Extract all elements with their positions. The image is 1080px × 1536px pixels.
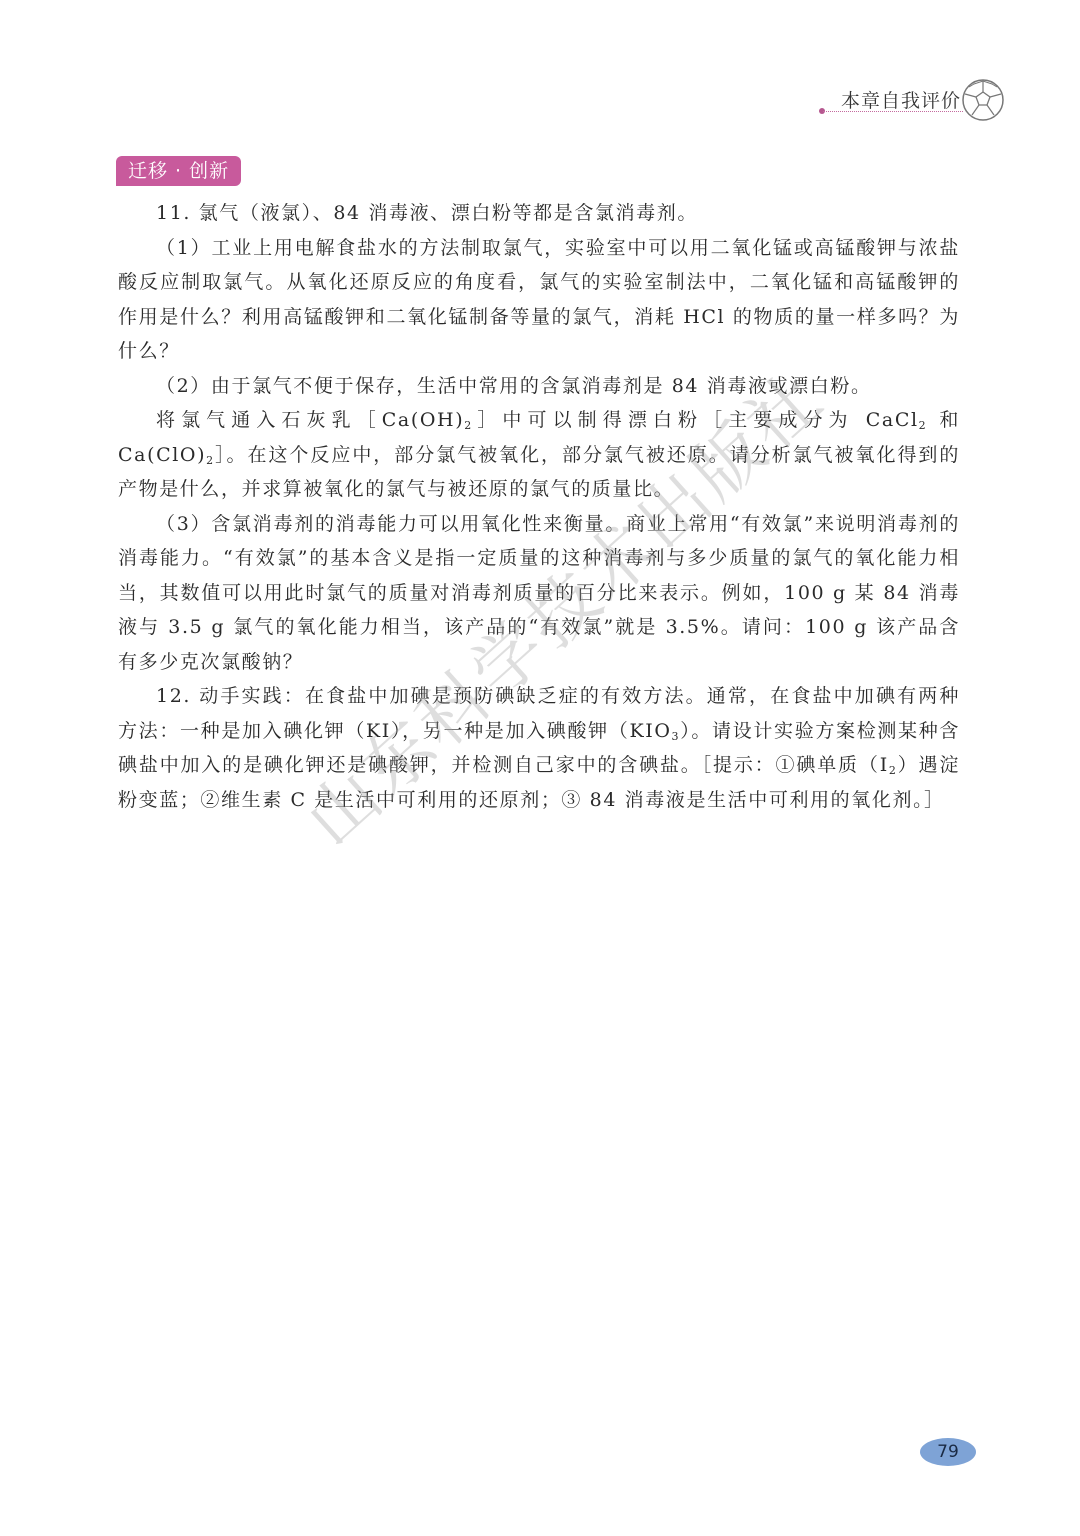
section-tag-transfer-innovation: 迁移 · 创新 [116,156,241,186]
chapter-section-title: 本章自我评价 [841,86,961,113]
question-11-part-1: （1）工业上用电解食盐水的方法制取氯气，实验室中可以用二氧化锰或高锰酸钾与浓盐酸… [118,231,960,369]
question-11-part-2-detail: 将氯气通入石灰乳［Ca(OH)2］中可以制得漂白粉［主要成分为 CaCl2 和 … [118,403,960,507]
fullerene-ball-icon [961,78,1005,122]
page-header: 本章自我评价 [815,78,1015,128]
question-11-part-3: （3）含氯消毒剂的消毒能力可以用氧化性来衡量。商业上常用“有效氯”来说明消毒剂的… [118,507,960,680]
question-11-intro: 11. 氯气（液氯）、84 消毒液、漂白粉等都是含氯消毒剂。 [118,196,960,231]
question-11-part-2: （2）由于氯气不便于保存，生活中常用的含氯消毒剂是 84 消毒液或漂白粉。 [118,369,960,404]
exercise-content: 11. 氯气（液氯）、84 消毒液、漂白粉等都是含氯消毒剂。 （1）工业上用电解… [118,196,960,817]
question-12: 12. 动手实践：在食盐中加碘是预防碘缺乏症的有效方法。通常，在食盐中加碘有两种… [118,679,960,817]
page-number-badge: 79 [920,1438,976,1466]
